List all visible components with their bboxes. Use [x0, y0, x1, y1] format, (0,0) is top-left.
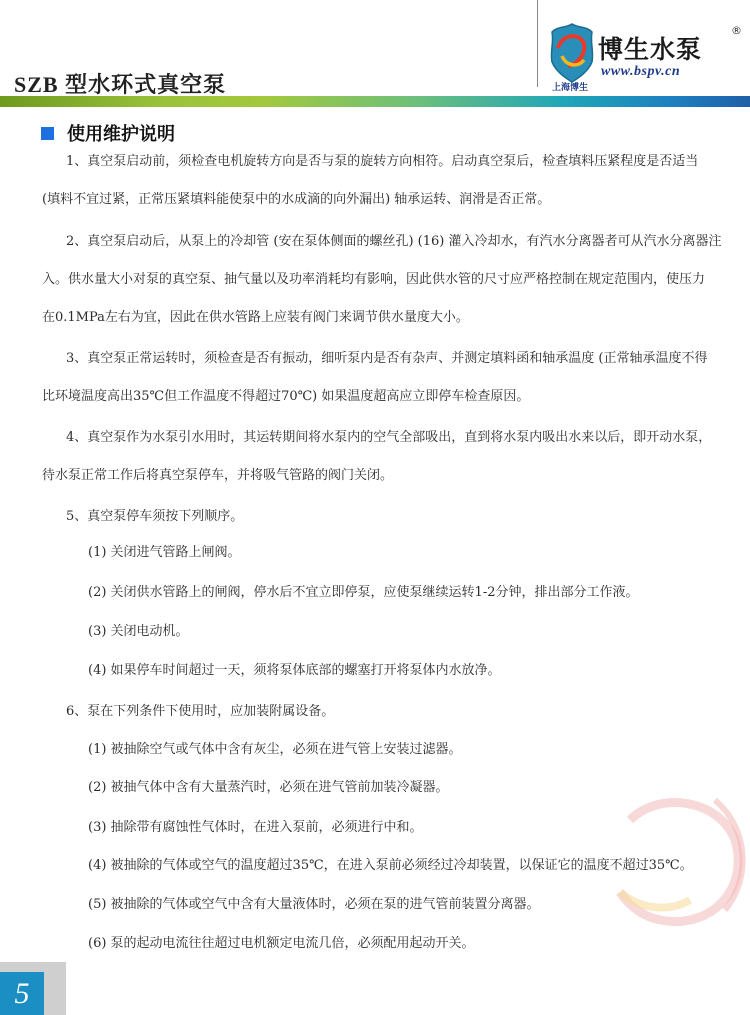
- paragraph-1-line-2: (填料不宜过紧，正常压紧填料能使泵中的水成滴的向外漏出) 轴承运转、润滑是否正常…: [42, 191, 550, 209]
- brand-name: 博生水泵: [598, 30, 702, 66]
- registered-mark: ®: [731, 24, 742, 37]
- stop-step-1: (1) 关闭进气管路上闸阀。: [88, 544, 241, 562]
- brand-url: www.bspv.cn: [601, 64, 680, 80]
- accessory-5: (5) 被抽除的气体或空气中含有大量液体时，必须在泵的进气管前装置分离器。: [88, 896, 540, 914]
- page-header: SZB 型水环式真空泵 博生水泵 ® www.bspv.cn 上海博生: [0, 0, 750, 96]
- paragraph-2-line-1: 2、真空泵启动后，从泵上的冷却管 (安在泵体侧面的螺丝孔) (16) 灌入冷却水…: [66, 233, 722, 251]
- paragraph-2-line-2: 入。供水量大小对泵的真空泵、抽气量以及功率消耗均有影响，因此供水管的尺寸应严格控…: [42, 271, 705, 289]
- section-title: 使用维护说明: [67, 120, 175, 146]
- paragraph-4-line-1: 4、真空泵作为水泵引水用时，其运转期间将水泵内的空气全部吸出，直到将水泵内吸出水…: [66, 429, 711, 447]
- decorative-swirl-icon: [600, 780, 750, 940]
- accessory-1: (1) 被抽除空气或气体中含有灰尘，必须在进气管上安装过滤器。: [88, 741, 462, 759]
- paragraph-5-line-1: 5、真空泵停车须按下列顺序。: [66, 508, 243, 526]
- stop-step-2: (2) 关闭供水管路上的闸阀，停水后不宜立即停泵，应使泵继续运转1-2分钟，排出…: [88, 584, 638, 602]
- paragraph-3-line-1: 3、真空泵正常运转时，须检查是否有振动，细听泵内是否有杂声、并测定填料函和轴承温…: [66, 350, 707, 368]
- document-title: SZB 型水环式真空泵: [14, 68, 226, 99]
- gradient-band: [0, 96, 750, 107]
- stop-step-4: (4) 如果停车时间超过一天，须将泵体底部的螺塞打开将泵体内水放净。: [88, 662, 501, 680]
- page-number: 5: [0, 972, 44, 1015]
- square-bullet-icon: [41, 127, 54, 140]
- paragraph-3-line-2: 比环境温度高出35℃但工作温度不得超过70℃) 如果温度超高应立即停车检查原因。: [42, 388, 529, 406]
- paragraph-1-line-1: 1、真空泵启动前，须检查电机旋转方向是否与泵的旋转方向相符。启动真空泵后，检查填…: [66, 153, 698, 171]
- section-heading: 使用维护说明: [41, 120, 175, 146]
- brand-sub-label: 上海博生: [552, 80, 588, 93]
- accessory-3: (3) 抽除带有腐蚀性气体时，在进入泵前，必须进行中和。: [88, 819, 423, 837]
- paragraph-2-line-3: 在0.1MPa左右为宜，因此在供水管路上应装有阀门来调节供水量度大小。: [42, 309, 469, 327]
- accessories-intro: 6、泵在下列条件下使用时，应加装附属设备。: [66, 703, 334, 721]
- accessory-6: (6) 泵的起动电流往往超过电机额定电流几倍，必须配用起动开关。: [88, 935, 475, 953]
- stop-step-3: (3) 关闭电动机。: [88, 623, 189, 641]
- brand-logo: 博生水泵 ® www.bspv.cn 上海博生: [548, 22, 748, 92]
- accessory-2: (2) 被抽气体中含有大量蒸汽时，必须在进气管前加装冷凝器。: [88, 779, 449, 797]
- shield-swirl-emblem-icon: [548, 22, 596, 84]
- header-divider: [537, 0, 538, 87]
- paragraph-4-line-2: 待水泵正常工作后将真空泵停车，并将吸气管路的阀门关闭。: [42, 467, 393, 485]
